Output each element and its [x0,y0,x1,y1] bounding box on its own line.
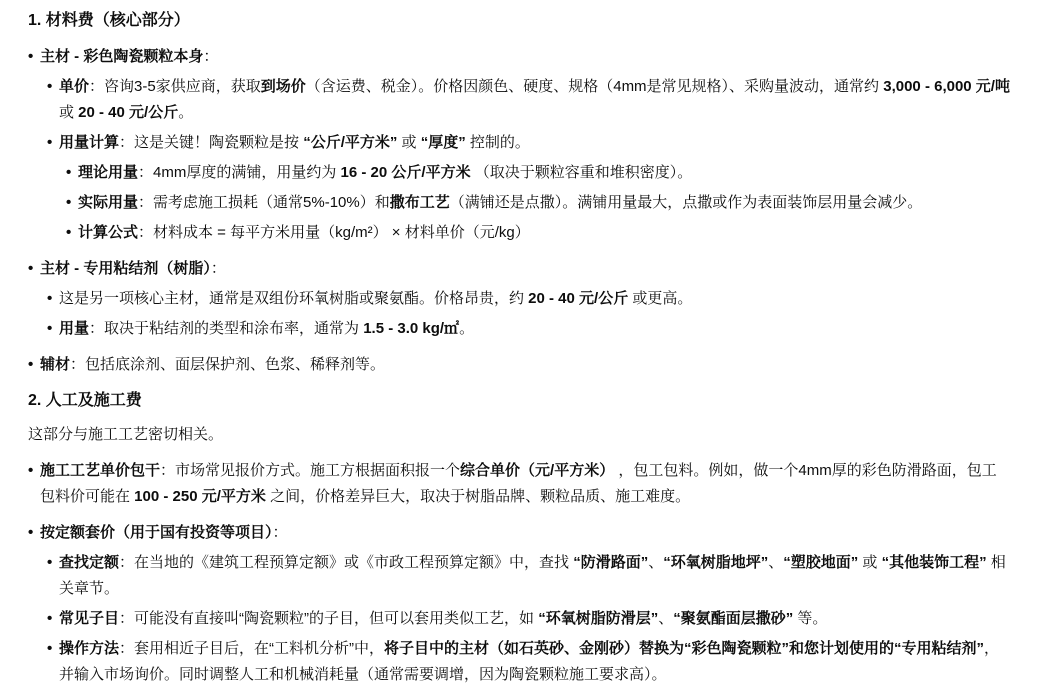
text-run: （含运费、税金）。价格因颜色、硬度、规格（4mm是常见规格）、采购量波动，通常约 [306,78,884,95]
bullet-text: 单价：咨询3-5家供应商，获取到场价（含运费、税金）。价格因颜色、硬度、规格（4… [59,74,1011,126]
text-run: “聚氨酯面层撒砂” [673,610,793,627]
text-run: ：可能没有直接叫“陶瓷颗粒”的子目，但可以套用类似工艺，如 [119,610,538,627]
bullet-icon: • [66,220,78,246]
bullet-text: 这是另一项核心主材，通常是双组份环氧树脂或聚氨酯。价格昂贵，约 20 - 40 … [59,286,1011,312]
text-run: 1. 材料费（核心部分） [28,12,190,29]
text-run: （满铺还是点撒）。满铺用量最大，点撒或作为表面装饰层用量会减少。 [450,194,923,211]
text-run: ：套用相近子目后，在“工料机分析”中， [119,640,384,657]
text-run: 操作方法 [59,640,119,657]
bullet-text: 施工工艺单价包干：市场常见报价方式。施工方根据面积报一个综合单价（元/平方米） … [40,458,1011,510]
bullet-icon: • [47,74,59,126]
text-run: 计算公式 [78,224,138,241]
text-run: 20 - 40 元/公斤 [528,290,628,307]
text-run: ：在当地的《建筑工程预算定额》或《市政工程预算定额》中，查找 [119,554,573,571]
bullet-icon: • [47,286,59,312]
text-run: 实际用量 [78,194,138,211]
unit-price: •单价：咨询3-5家供应商，获取到场价（含运费、税金）。价格因颜色、硬度、规格（… [47,74,1011,126]
text-run: 等。 [793,610,827,627]
bullet-text: 主材 - 专用粘结剂（树脂）： [40,256,1011,282]
text-run: “环氧树脂防滑层” [538,610,658,627]
text-run: 这部分与施工工艺密切相关。 [28,426,223,443]
main-material-binder: •主材 - 专用粘结剂（树脂）： [28,256,1011,282]
text-run: “环氧树脂地坪” [663,554,768,571]
common-subitems: •常见子目：可能没有直接叫“陶瓷颗粒”的子目，但可以套用类似工艺，如 “环氧树脂… [47,606,1011,632]
text-run: 这是另一项核心主材，通常是双组份环氧树脂或聚氨酯。价格昂贵，约 [59,290,528,307]
text-run: 查找定额 [59,554,119,571]
text-run: 或 [397,134,420,151]
text-run: 将子目中的主材（如石英砂、金刚砂）替换为“彩色陶瓷颗粒”和您计划使用的“专用粘结… [384,640,984,657]
text-run: 20 - 40 元/公斤 [78,104,178,121]
text-run: 理论用量 [78,164,138,181]
bullet-icon: • [47,636,59,688]
quota-pricing: •按定额套价（用于国有投资等项目）： [28,520,1011,546]
section-2-intro: 这部分与施工工艺密切相关。 [28,422,1011,448]
text-run: 辅材 [40,356,70,373]
binder-desc: •这是另一项核心主材，通常是双组份环氧树脂或聚氨酯。价格昂贵，约 20 - 40… [47,286,1011,312]
auxiliary-materials: •辅材：包括底涂剂、面层保护剂、色浆、稀释剂等。 [28,352,1011,378]
bullet-text: 用量：取决于粘结剂的类型和涂布率，通常为 1.5 - 3.0 kg/㎡。 [59,316,1011,342]
text-run: 施工工艺单价包干 [40,462,160,479]
text-run: ： [273,524,288,541]
text-run: 常见子目 [59,610,119,627]
text-run: 撒布工艺 [390,194,450,211]
bullet-icon: • [47,606,59,632]
bullet-icon: • [28,520,40,546]
text-run: （取决于颗粒容重和堆积密度）。 [471,164,693,181]
bullet-text: 实际用量：需考虑施工损耗（通常5%-10%）和撒布工艺（满铺还是点撒）。满铺用量… [78,190,1011,216]
text-run: “防滑路面” [573,554,648,571]
bullet-icon: • [28,458,40,510]
text-run: ：市场常见报价方式。施工方根据面积报一个 [160,462,460,479]
text-run: 综合单价（元/平方米） [460,462,614,479]
text-run: ：咨询3-5家供应商，获取 [89,78,261,95]
text-run: 主材 - 彩色陶瓷颗粒本身 [40,48,203,65]
text-run: 、 [768,554,783,571]
text-run: 或 [59,104,78,121]
text-run: ： [203,48,218,65]
bullet-icon: • [47,316,59,342]
text-run: 。 [459,320,474,337]
text-run: 到场价 [261,78,306,95]
text-run: 、 [658,610,673,627]
text-run: 之间，价格差异巨大，取决于树脂品牌、颗粒品质、施工难度。 [266,488,690,505]
bullet-text: 查找定额：在当地的《建筑工程预算定额》或《市政工程预算定额》中，查找 “防滑路面… [59,550,1011,602]
text-run: 按定额套价（用于国有投资等项目） [40,524,273,541]
main-material-granule: •主材 - 彩色陶瓷颗粒本身： [28,44,1011,70]
text-run: 用量 [59,320,89,337]
text-run: 用量计算 [59,134,119,151]
text-run: 、 [648,554,663,571]
text-run: “其他装饰工程” [882,554,987,571]
contract-unit-price: •施工工艺单价包干：市场常见报价方式。施工方根据面积报一个综合单价（元/平方米）… [28,458,1011,510]
bullet-text: 常见子目：可能没有直接叫“陶瓷颗粒”的子目，但可以套用类似工艺，如 “环氧树脂防… [59,606,1011,632]
operation-method: •操作方法：套用相近子目后，在“工料机分析”中，将子目中的主材（如石英砂、金刚砂… [47,636,1011,688]
bullet-icon: • [28,256,40,282]
section-2-heading: 2. 人工及施工费 [28,388,1011,414]
calc-formula: •计算公式：材料成本 = 每平方米用量（kg/m²） × 材料单价（元/kg） [66,220,1011,246]
text-run: “厚度” [421,134,466,151]
text-run: 或 [858,554,881,571]
binder-dosage: •用量：取决于粘结剂的类型和涂布率，通常为 1.5 - 3.0 kg/㎡。 [47,316,1011,342]
bullet-icon: • [47,550,59,602]
text-run: 。 [178,104,193,121]
document-body: 1. 材料费（核心部分）•主材 - 彩色陶瓷颗粒本身：•单价：咨询3-5家供应商… [0,0,1039,688]
text-run: ： [211,260,226,277]
find-quota: •查找定额：在当地的《建筑工程预算定额》或《市政工程预算定额》中，查找 “防滑路… [47,550,1011,602]
bullet-text: 理论用量：4mm厚度的满铺，用量约为 16 - 20 公斤/平方米 （取决于颗粒… [78,160,1011,186]
section-1-heading: 1. 材料费（核心部分） [28,8,1011,34]
bullet-icon: • [28,44,40,70]
text-run: ：4mm厚度的满铺，用量约为 [138,164,341,181]
bullet-icon: • [66,160,78,186]
text-run: 控制的。 [466,134,530,151]
theoretical-dosage: •理论用量：4mm厚度的满铺，用量约为 16 - 20 公斤/平方米 （取决于颗… [66,160,1011,186]
bullet-text: 按定额套价（用于国有投资等项目）： [40,520,1011,546]
bullet-text: 辅材：包括底涂剂、面层保护剂、色浆、稀释剂等。 [40,352,1011,378]
text-run: ：这是关键！陶瓷颗粒是按 [119,134,303,151]
text-run: 主材 - 专用粘结剂（树脂） [40,260,211,277]
text-run: ：包括底涂剂、面层保护剂、色浆、稀释剂等。 [70,356,385,373]
bullet-text: 用量计算：这是关键！陶瓷颗粒是按 “公斤/平方米” 或 “厚度” 控制的。 [59,130,1011,156]
bullet-text: 计算公式：材料成本 = 每平方米用量（kg/m²） × 材料单价（元/kg） [78,220,1011,246]
text-run: 3,000 - 6,000 元/吨 [883,78,1010,95]
text-run: 或更高。 [628,290,692,307]
text-run: 单价 [59,78,89,95]
bullet-text: 主材 - 彩色陶瓷颗粒本身： [40,44,1011,70]
text-run: 100 - 250 元/平方米 [134,488,266,505]
text-run: 1.5 - 3.0 kg/㎡ [363,320,459,337]
bullet-icon: • [28,352,40,378]
text-run: “公斤/平方米” [303,134,397,151]
bullet-icon: • [47,130,59,156]
text-run: ：需考虑施工损耗（通常5%-10%）和 [138,194,390,211]
bullet-text: 操作方法：套用相近子目后，在“工料机分析”中，将子目中的主材（如石英砂、金刚砂）… [59,636,1011,688]
text-run: ：材料成本 = 每平方米用量（kg/m²） × 材料单价（元/kg） [138,224,530,241]
bullet-icon: • [66,190,78,216]
actual-dosage: •实际用量：需考虑施工损耗（通常5%-10%）和撒布工艺（满铺还是点撒）。满铺用… [66,190,1011,216]
text-run: 16 - 20 公斤/平方米 [341,164,471,181]
dosage-calc: •用量计算：这是关键！陶瓷颗粒是按 “公斤/平方米” 或 “厚度” 控制的。 [47,130,1011,156]
text-run: “塑胶地面” [783,554,858,571]
text-run: ：取决于粘结剂的类型和涂布率，通常为 [89,320,363,337]
text-run: 2. 人工及施工费 [28,392,142,409]
